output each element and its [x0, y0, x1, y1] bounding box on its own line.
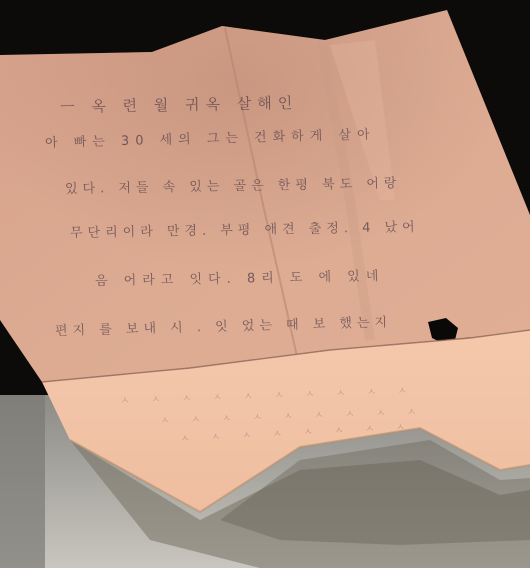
letter-photo: ㅡ 옥 련 월 귀옥 살해인 아 빠는 30 세의 그는 건화하게 살아 있다.…: [0, 0, 530, 568]
letter-line: ㅡ 옥 련 월 귀옥 살해인: [60, 92, 299, 117]
